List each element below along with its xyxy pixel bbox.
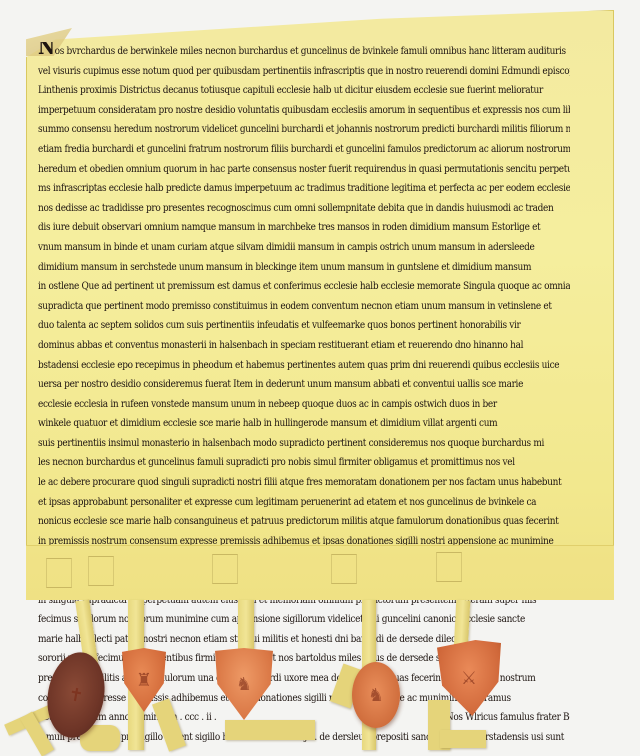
text-line: bstadensi ecclesie epo recepimus in pheo…: [38, 356, 570, 376]
text-line: vnum mansum in binde et unam curiam atqu…: [38, 238, 570, 258]
text-line: nonicus ecclesie sce marie halb consangu…: [38, 512, 570, 532]
text-line: le ac debere procurare quod singuli supr…: [38, 473, 570, 493]
loose-ribbon: [440, 730, 486, 748]
text-line: et ipsas approbabunt personaliter et exp…: [38, 493, 570, 513]
text-line: dimidium mansum in serchstede unum mansu…: [38, 258, 570, 278]
text-line: nos dedisse ac tradidisse pro presentes …: [38, 199, 570, 219]
text-line: supradicta que pertinent modo premisso c…: [38, 297, 570, 317]
seal-arms-icon: ⚔: [461, 668, 477, 689]
text-line: dominus abbas et conventus monasterii in…: [38, 336, 570, 356]
text-line: ecclesie ecclesia in rufeen vonstede man…: [38, 395, 570, 415]
text-line: heredum et obedien omnium quorum in hac …: [38, 160, 570, 180]
text-line: etiam fredia burchardi et guncelini frat…: [38, 140, 570, 160]
text-line: imperpetuum consideratam pro nostre desi…: [38, 101, 570, 121]
text-line: summo consensu heredum nostrorum videlic…: [38, 120, 570, 140]
wax-seal: ♞: [352, 662, 400, 728]
seal-slit: [88, 556, 114, 586]
text-line: vel visuris cupimus esse notum quod per …: [38, 62, 570, 82]
text-line: in ostlene Que ad pertinent ut premissum…: [38, 277, 570, 297]
seal-slit: [212, 554, 238, 584]
text-line: Nos bvrchardus de berwinkele miles necno…: [38, 42, 570, 62]
seal-lion-icon: ♜: [136, 670, 152, 691]
text-line: fecimus sigillorum nostrorum munimine cu…: [38, 610, 570, 630]
plica-fold: [26, 545, 614, 600]
text-line: suis pertinentiis insimul monasterio in …: [38, 434, 570, 454]
text-line: Linthenis proximis Districtus decanus to…: [38, 81, 570, 101]
loose-ribbon: [225, 720, 315, 740]
seal-slit: [46, 558, 72, 588]
text-line: dis iure debuit observari omnium namque …: [38, 218, 570, 238]
seal-slit: [436, 552, 462, 582]
text-line: winkele quatuor et dimidium ecclesie sce…: [38, 414, 570, 434]
seal-figure-icon: ✝: [67, 683, 86, 706]
subscription: et Nos Wlricus famulus frater Borchardi: [435, 708, 570, 728]
text-line: uersa per nostro desidio consideremus fu…: [38, 375, 570, 395]
charter-text: Nos bvrchardus de berwinkele miles necno…: [38, 42, 604, 747]
text-line: duo talenta ac septem solidos cum suis p…: [38, 316, 570, 336]
seal-lion-icon: ♞: [236, 674, 252, 695]
seal-figure-icon: ♞: [368, 685, 384, 706]
text-line: ms infrascriptas ecclesie halb predicte …: [38, 179, 570, 199]
text-line: les necnon burchardus et guncelinus famu…: [38, 453, 570, 473]
seal-slit: [331, 554, 357, 584]
